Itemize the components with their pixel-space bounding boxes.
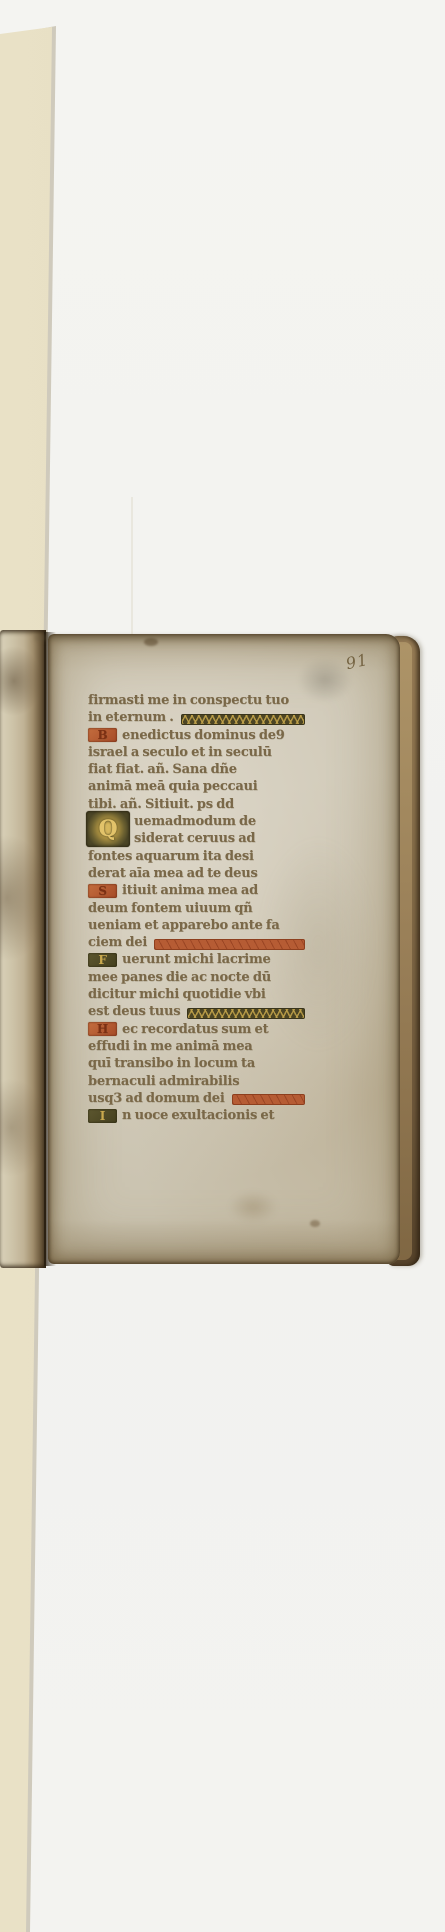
line-text: deum fontem uiuum qñ (88, 900, 252, 917)
manuscript-line: fontes aquarum ita desi (88, 848, 306, 865)
line-filler (182, 715, 304, 724)
manuscript-line: est deus tuus (88, 1003, 306, 1020)
white-sheet-edge (131, 497, 133, 639)
manuscript-line: B enedictus dominus de9 (88, 727, 306, 744)
line-text: est deus tuus (88, 1003, 180, 1020)
line-text: fiat fiat. añ. Sana dñe (88, 761, 237, 778)
manuscript-line: mee panes die ac nocte dū (88, 969, 306, 986)
line-text: bernaculi admirabilis (88, 1073, 239, 1090)
line-filler (188, 1009, 304, 1018)
illuminated-initial: H (88, 1022, 117, 1036)
manuscript-line: ueniam et apparebo ante fa (88, 917, 306, 934)
manuscript-line: F uerunt michi lacrime (88, 951, 306, 968)
line-text: derat aīa mea ad te deus (88, 865, 258, 882)
scan-background: 91 Q firmasti me in conspectu tuo in ete… (0, 0, 445, 1932)
line-text: firmasti me in conspectu tuo (88, 692, 289, 709)
line-text: usq3 ad domum dei (88, 1090, 225, 1107)
manuscript-line: quī transibo in locum ta (88, 1055, 306, 1072)
line-text: fontes aquarum ita desi (88, 848, 254, 865)
line-text: ueniam et apparebo ante fa (88, 917, 280, 934)
manuscript-line: I n uoce exultacionis et (88, 1107, 306, 1124)
illuminated-initial: S (88, 884, 117, 898)
parchment-stain (218, 1184, 288, 1230)
line-text: uerunt michi lacrime (122, 951, 271, 968)
manuscript-line: usq3 ad domum dei (88, 1090, 306, 1107)
manuscript-line: israel a seculo et in seculū (88, 744, 306, 761)
line-text: animā meā quia peccaui (88, 778, 258, 795)
book-bottom-shadow (34, 636, 406, 642)
manuscript-line: derat aīa mea ad te deus (88, 865, 306, 882)
line-text: in eternum . (88, 709, 174, 726)
manuscript-line: in eternum . (88, 709, 306, 726)
illuminated-initial: B (88, 728, 117, 742)
text-block: Q firmasti me in conspectu tuo in eternu… (88, 692, 306, 1124)
book: 91 Q firmasti me in conspectu tuo in ete… (0, 626, 445, 1274)
line-text: itiuit anima mea ad (122, 882, 258, 899)
line-text: n uoce exultacionis et (122, 1107, 274, 1124)
drop-cap-letter: Q (99, 818, 118, 840)
line-text: siderat ceruus ad (134, 830, 255, 847)
line-text: enedictus dominus de9 (122, 727, 285, 744)
manuscript-line: S itiuit anima mea ad (88, 882, 306, 899)
line-text: ec recordatus sum et (122, 1021, 268, 1038)
line-text: ciem dei (88, 934, 147, 951)
illuminated-initial: I (88, 1109, 117, 1123)
manuscript-line: firmasti me in conspectu tuo (88, 692, 306, 709)
line-text: mee panes die ac nocte dū (88, 969, 271, 986)
line-text: uemadmodum de (134, 813, 256, 830)
manuscript-line: deum fontem uiuum qñ (88, 900, 306, 917)
manuscript-line: H ec recordatus sum et (88, 1021, 306, 1038)
manuscript-line: fiat fiat. añ. Sana dñe (88, 761, 306, 778)
manuscript-page: 91 Q firmasti me in conspectu tuo in ete… (48, 634, 400, 1264)
illuminated-initial: F (88, 953, 117, 967)
folio-number: 91 (345, 652, 370, 672)
manuscript-line: effudi in me animā mea (88, 1038, 306, 1055)
manuscript-line: bernaculi admirabilis (88, 1073, 306, 1090)
manuscript-line: dicitur michi quotidie vbi (88, 986, 306, 1003)
line-text: effudi in me animā mea (88, 1038, 253, 1055)
drop-cap-initial: Q (86, 811, 130, 847)
line-text: quī transibo in locum ta (88, 1055, 255, 1072)
gutter-pages (0, 630, 46, 1268)
manuscript-line: animā meā quia peccaui (88, 778, 306, 795)
line-text: israel a seculo et in seculū (88, 744, 272, 761)
line-filler (233, 1095, 304, 1104)
manuscript-line: ciem dei (88, 934, 306, 951)
parchment-stain (310, 1220, 320, 1227)
line-text: dicitur michi quotidie vbi (88, 986, 266, 1003)
line-filler (155, 940, 304, 949)
